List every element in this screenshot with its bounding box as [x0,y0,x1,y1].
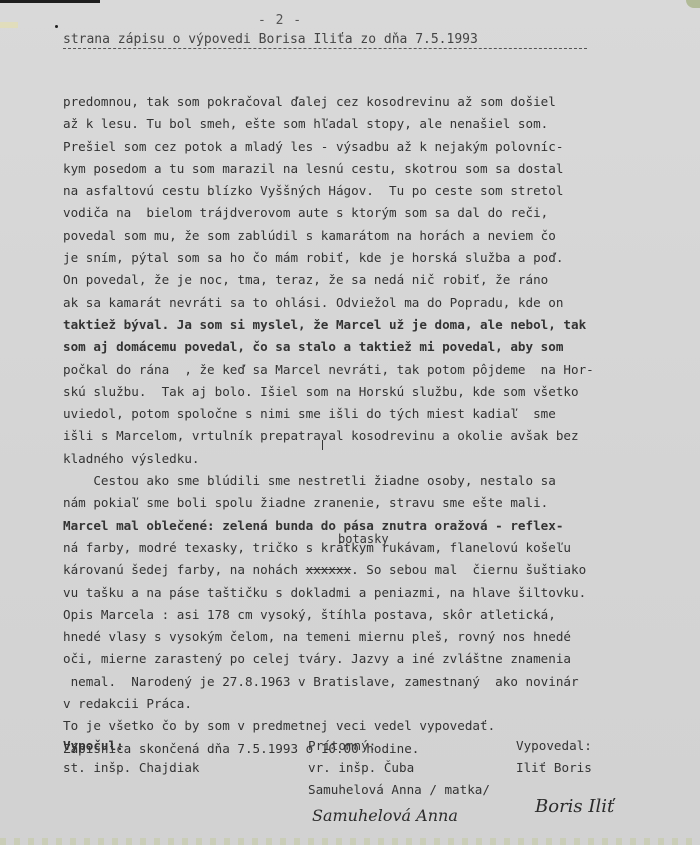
scan-speck [55,25,58,28]
document-line: na asfaltovú cestu blízko Vyššných Hágov… [63,180,663,202]
scan-stain [0,22,18,28]
document-line: károvanú šedej farby, na nohách xxxxxx. … [63,559,663,581]
witness-name: Iliť Boris [516,760,592,775]
present-name-2: Samuhelová Anna / matka/ [308,782,490,797]
document-line: On povedal, že je noc, tma, teraz, že sa… [63,269,663,291]
document-header: strana zápisu o výpovedi Borisa Iliťa zo… [63,32,587,49]
document-line: hnedé vlasy s vysokým čelom, na temeni m… [63,626,663,648]
struck-out-text: xxxxxx [306,562,352,577]
document-line: počkal do rána , že keď sa Marcel nevrát… [63,359,663,381]
document-line: nám pokiaľ sme boli spolu žiadne zraneni… [63,492,663,514]
handwritten-signature-witness: Boris Iliť [535,796,614,817]
scan-stain [686,0,700,8]
document-line: To je všetko čo by som v predmetnej veci… [63,715,663,737]
witness-label: Vypovedal: [516,738,592,753]
document-line: som aj domácemu povedal, čo sa stalo a t… [63,336,663,358]
document-line: vodiča na bielom trájdverovom aute s kto… [63,202,663,224]
handwritten-insert: botasky [338,532,389,546]
document-line: Opis Marcela : asi 178 cm vysoký, štíhla… [63,604,663,626]
document-line: oči, mierne zarastený po celej tváry. Ja… [63,648,663,670]
handwritten-signature-mother: Samuhelová Anna [312,806,458,825]
scanned-document-page: - 2 - strana zápisu o výpovedi Borisa Il… [0,0,700,845]
interrogator-name: st. inšp. Chajdiak [63,760,199,775]
present-name-1: vr. inšp. Čuba [308,760,414,775]
document-line: nemal. Narodený je 27.8.1963 v Bratislav… [63,671,663,693]
document-line: ak sa kamarát nevráti sa to ohlási. Odvi… [63,292,663,314]
document-line: išli s Marcelom, vrtulník prepatraval ko… [63,425,663,447]
document-line: skú službu. Tak aj bolo. Išiel som na Ho… [63,381,663,403]
document-line: je sním, pýtal som sa ho čo mám robiť, k… [63,247,663,269]
document-line: predomnou, tak som pokračoval ďalej cez … [63,91,663,113]
document-line: Cestou ako sme blúdili sme nestretli žia… [63,470,663,492]
margin-mark [322,440,323,450]
interrogator-label: Vypočul: [63,738,124,753]
document-line: vu tašku a na páse taštičku s dokladmi a… [63,582,663,604]
document-line: kladného výsledku. [63,448,663,470]
present-label: Prítomný: [308,738,376,753]
document-body: predomnou, tak som pokračoval ďalej cez … [63,91,663,760]
document-line: povedal som mu, že som zablúdil s kamará… [63,225,663,247]
document-line: až k lesu. Tu bol smeh, ešte som hľadal … [63,113,663,135]
page-number: - 2 - [258,13,302,28]
scan-edge-noise [0,838,700,845]
document-line: v redakcii Práca. [63,693,663,715]
document-line: Prešiel som cez potok a mladý les - výsa… [63,136,663,158]
document-line: uviedol, potom spoločne s nimi sme išli … [63,403,663,425]
document-line: taktiež býval. Ja som si myslel, že Marc… [63,314,663,336]
scan-edge-mark [0,0,100,3]
document-line: kym posedom a tu som marazil na lesnú ce… [63,158,663,180]
